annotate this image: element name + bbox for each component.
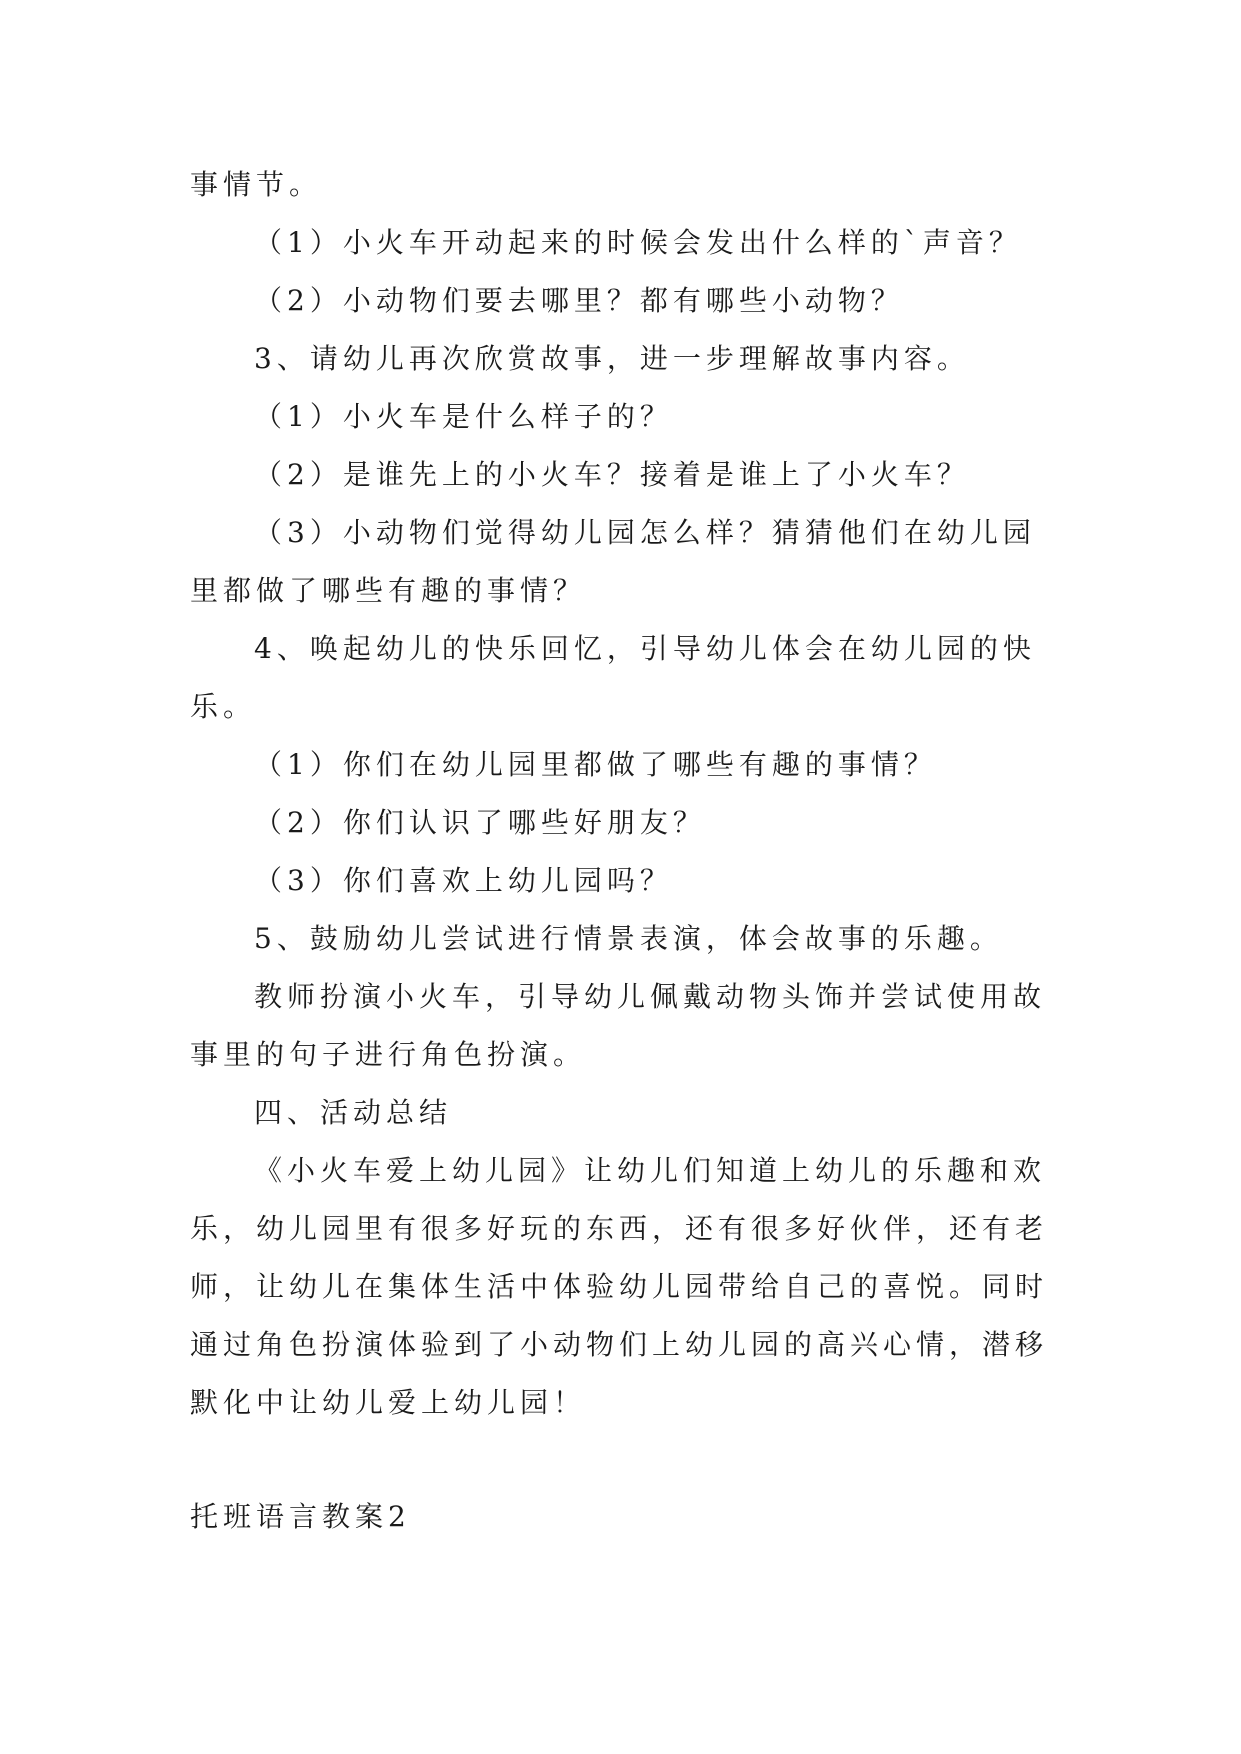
paragraph-line: 乐。 xyxy=(190,678,1060,736)
sub-question-line: （2）小动物们要去哪里？都有哪些小动物？ xyxy=(254,272,1124,330)
paragraph-line: 默化中让幼儿爱上幼儿园！ xyxy=(190,1374,1060,1432)
paragraph-line: 乐，幼儿园里有很多好玩的东西，还有很多好伙伴，还有老 xyxy=(190,1200,1060,1258)
section-heading: 四、活动总结 xyxy=(254,1084,1124,1142)
sub-question-line: （2）是谁先上的小火车？接着是谁上了小火车？ xyxy=(254,446,1124,504)
sub-question-line: （3）小动物们觉得幼儿园怎么样？猜猜他们在幼儿园 xyxy=(254,504,1124,562)
paragraph-line: 事里的句子进行角色扮演。 xyxy=(190,1026,1060,1084)
numbered-step-line: 3、请幼儿再次欣赏故事，进一步理解故事内容。 xyxy=(254,330,1124,388)
sub-question-line: （1）你们在幼儿园里都做了哪些有趣的事情？ xyxy=(254,736,1124,794)
sub-question-line: （3）你们喜欢上幼儿园吗？ xyxy=(254,852,1124,910)
paragraph-line: 《小火车爱上幼儿园》让幼儿们知道上幼儿的乐趣和欢 xyxy=(254,1142,1124,1200)
paragraph-line: 师，让幼儿在集体生活中体验幼儿园带给自己的喜悦。同时 xyxy=(190,1258,1060,1316)
paragraph-line: 教师扮演小火车，引导幼儿佩戴动物头饰并尝试使用故 xyxy=(254,968,1124,1026)
paragraph-line: 通过角色扮演体验到了小动物们上幼儿园的高兴心情，潜移 xyxy=(190,1316,1060,1374)
paragraph-line: 里都做了哪些有趣的事情？ xyxy=(190,562,1060,620)
sub-question-line: （1）小火车是什么样子的？ xyxy=(254,388,1124,446)
numbered-step-line: 5、鼓励幼儿尝试进行情景表演，体会故事的乐趣。 xyxy=(254,910,1124,968)
sub-question-line: （2）你们认识了哪些好朋友？ xyxy=(254,794,1124,852)
sub-question-line: （1）小火车开动起来的时候会发出什么样的`声音？ xyxy=(254,214,1124,272)
document-page: 事情节。 （1）小火车开动起来的时候会发出什么样的`声音？ （2）小动物们要去哪… xyxy=(0,0,1241,1754)
paragraph-line: 事情节。 xyxy=(190,156,1060,214)
numbered-step-line: 4、唤起幼儿的快乐回忆，引导幼儿体会在幼儿园的快 xyxy=(254,620,1124,678)
document-title: 托班语言教案2 xyxy=(190,1488,1060,1546)
